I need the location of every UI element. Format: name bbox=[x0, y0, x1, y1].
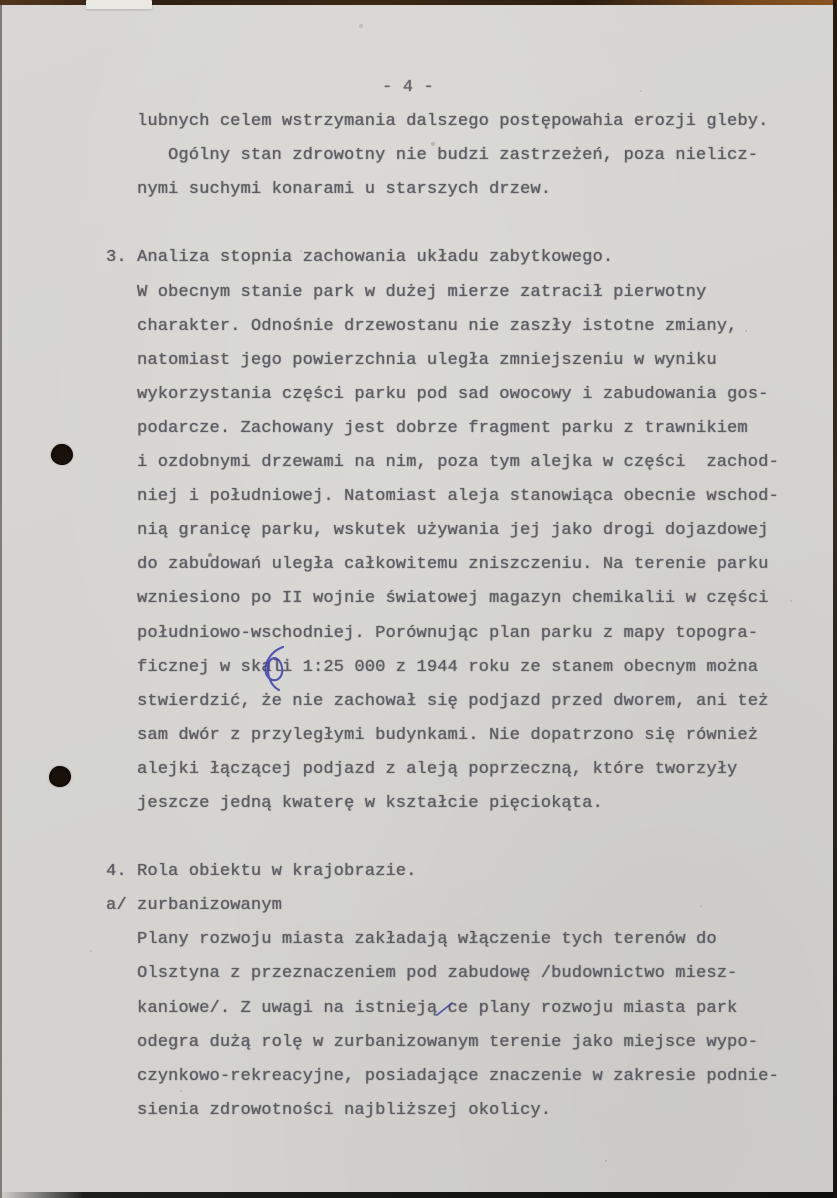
line-text: Rola obiektu w krajobrazie. bbox=[137, 862, 417, 881]
text-line: natomiast jego powierzchnia uległa zmnie… bbox=[137, 344, 797, 378]
text-line: i ozdobnymi drzewami na nim, poza tym al… bbox=[137, 446, 797, 480]
line-text: lubnych celem wstrzymania dalszego postę… bbox=[137, 112, 768, 131]
line-text: stwierdzić, że nie zachował się podjazd … bbox=[137, 692, 768, 711]
line-text: Analiza stopnia zachowania układu zabytk… bbox=[137, 248, 613, 267]
text-line: do zabudowań uległa całkowitemu zniszcze… bbox=[137, 548, 797, 582]
text-line: Ogólny stan zdrowotny nie budzi zastrzeż… bbox=[137, 139, 797, 173]
blank-line bbox=[137, 821, 797, 855]
text-line: sam dwór z przyległymi budynkami. Nie do… bbox=[137, 719, 797, 753]
line-text: zurbanizowanym bbox=[137, 896, 282, 915]
line-text: alejki łączącej podjazd z aleją poprzecz… bbox=[137, 760, 737, 779]
text-line: 4.Rola obiektu w krajobrazie. bbox=[137, 855, 797, 889]
blue-ink-slash-annotation bbox=[435, 1001, 455, 1017]
text-line: wzniesiono po II wojnie światowej magazy… bbox=[137, 582, 797, 616]
text-line: Plany rozwoju miasta zakładają włączenie… bbox=[137, 923, 797, 957]
line-text: podarcze. Zachowany jest dobrze fragment… bbox=[137, 419, 748, 438]
text-line: nią granicę parku, wskutek używania jej … bbox=[137, 514, 797, 548]
hole-punch-bottom bbox=[48, 765, 71, 787]
line-text: niej i południowej. Natomiast aleja stan… bbox=[137, 487, 779, 506]
blank-line bbox=[137, 207, 797, 241]
line-text: odegra dużą rolę w zurbanizowanym tereni… bbox=[137, 1033, 758, 1052]
scan-edge-right bbox=[833, 0, 837, 1198]
text-line: stwierdzić, że nie zachował się podjazd … bbox=[137, 685, 797, 719]
scan-edge-left bbox=[0, 0, 2, 1198]
line-text: czynkowo-rekreacyjne, posiadające znacze… bbox=[137, 1067, 779, 1086]
text-line: ficznej w skali 1:25 000 z 1944 roku ze … bbox=[137, 651, 797, 685]
text-line: kaniowe/. Z uwagi na istnieją ce plany r… bbox=[137, 992, 797, 1026]
line-text: Ogólny stan zdrowotny nie budzi zastrzeż… bbox=[168, 146, 758, 165]
line-text: jeszcze jedną kwaterę w kształcie pięcio… bbox=[137, 794, 603, 813]
line-text: natomiast jego powierzchnia uległa zmnie… bbox=[137, 351, 717, 370]
page-number: - 4 - bbox=[137, 71, 797, 105]
line-text: nymi suchymi konarami u starszych drzew. bbox=[137, 180, 551, 199]
text-line: odegra dużą rolę w zurbanizowanym tereni… bbox=[137, 1026, 797, 1060]
line-text: - 4 - bbox=[382, 78, 434, 97]
text-line: nymi suchymi konarami u starszych drzew. bbox=[137, 173, 797, 207]
text-line: alejki łączącej podjazd z aleją poprzecz… bbox=[137, 753, 797, 787]
text-line: jeszcze jedną kwaterę w kształcie pięcio… bbox=[137, 787, 797, 821]
text-line: charakter. Odnośnie drzewostanu nie zasz… bbox=[137, 310, 797, 344]
text-line: Olsztyna z przeznaczeniem pod zabudowę /… bbox=[137, 957, 797, 991]
line-text: południowo-wschodniej. Porównując plan p… bbox=[137, 624, 758, 643]
hole-punch-top bbox=[49, 442, 74, 466]
text-line: czynkowo-rekreacyjne, posiadające znacze… bbox=[137, 1060, 797, 1094]
text-line: a/zurbanizowanym bbox=[137, 889, 797, 923]
line-text: charakter. Odnośnie drzewostanu nie zasz… bbox=[137, 317, 737, 336]
text-line: niej i południowej. Natomiast aleja stan… bbox=[137, 480, 797, 514]
line-text: W obecnym stanie park w dużej mierze zat… bbox=[137, 283, 706, 302]
tape-remnant bbox=[86, 0, 152, 9]
line-text: wzniesiono po II wojnie światowej magazy… bbox=[137, 589, 768, 608]
line-text: nią granicę parku, wskutek używania jej … bbox=[137, 521, 768, 540]
text-line: W obecnym stanie park w dużej mierze zat… bbox=[137, 276, 797, 310]
line-text: sam dwór z przyległymi budynkami. Nie do… bbox=[137, 726, 758, 745]
text-line: południowo-wschodniej. Porównując plan p… bbox=[137, 617, 797, 651]
line-text: Plany rozwoju miasta zakładają włączenie… bbox=[137, 930, 717, 949]
line-text: do zabudowań uległa całkowitemu zniszcze… bbox=[137, 555, 768, 574]
list-marker: 4. bbox=[106, 855, 127, 889]
line-text: i ozdobnymi drzewami na nim, poza tym al… bbox=[137, 453, 779, 472]
text-line: sienia zdrowotności najbliższej okolicy. bbox=[137, 1094, 797, 1128]
scanned-page: - 4 -lubnych celem wstrzymania dalszego … bbox=[0, 0, 837, 1198]
document-text: - 4 -lubnych celem wstrzymania dalszego … bbox=[137, 71, 797, 1128]
line-text: Olsztyna z przeznaczeniem pod zabudowę /… bbox=[137, 964, 737, 983]
text-line: podarcze. Zachowany jest dobrze fragment… bbox=[137, 412, 797, 446]
blue-ink-loop-annotation bbox=[256, 644, 296, 692]
text-line: wykorzystania części parku pod sad owoco… bbox=[137, 378, 797, 412]
list-marker: a/ bbox=[106, 889, 127, 923]
line-text: ficznej w skali 1:25 000 z 1944 roku ze … bbox=[137, 658, 758, 677]
text-line: lubnych celem wstrzymania dalszego postę… bbox=[137, 105, 797, 139]
scan-edge-bottom bbox=[0, 1192, 837, 1198]
line-text: wykorzystania części parku pod sad owoco… bbox=[137, 385, 768, 404]
line-text: sienia zdrowotności najbliższej okolicy. bbox=[137, 1101, 551, 1120]
text-line: 3.Analiza stopnia zachowania układu zaby… bbox=[137, 241, 797, 275]
list-marker: 3. bbox=[106, 241, 127, 275]
